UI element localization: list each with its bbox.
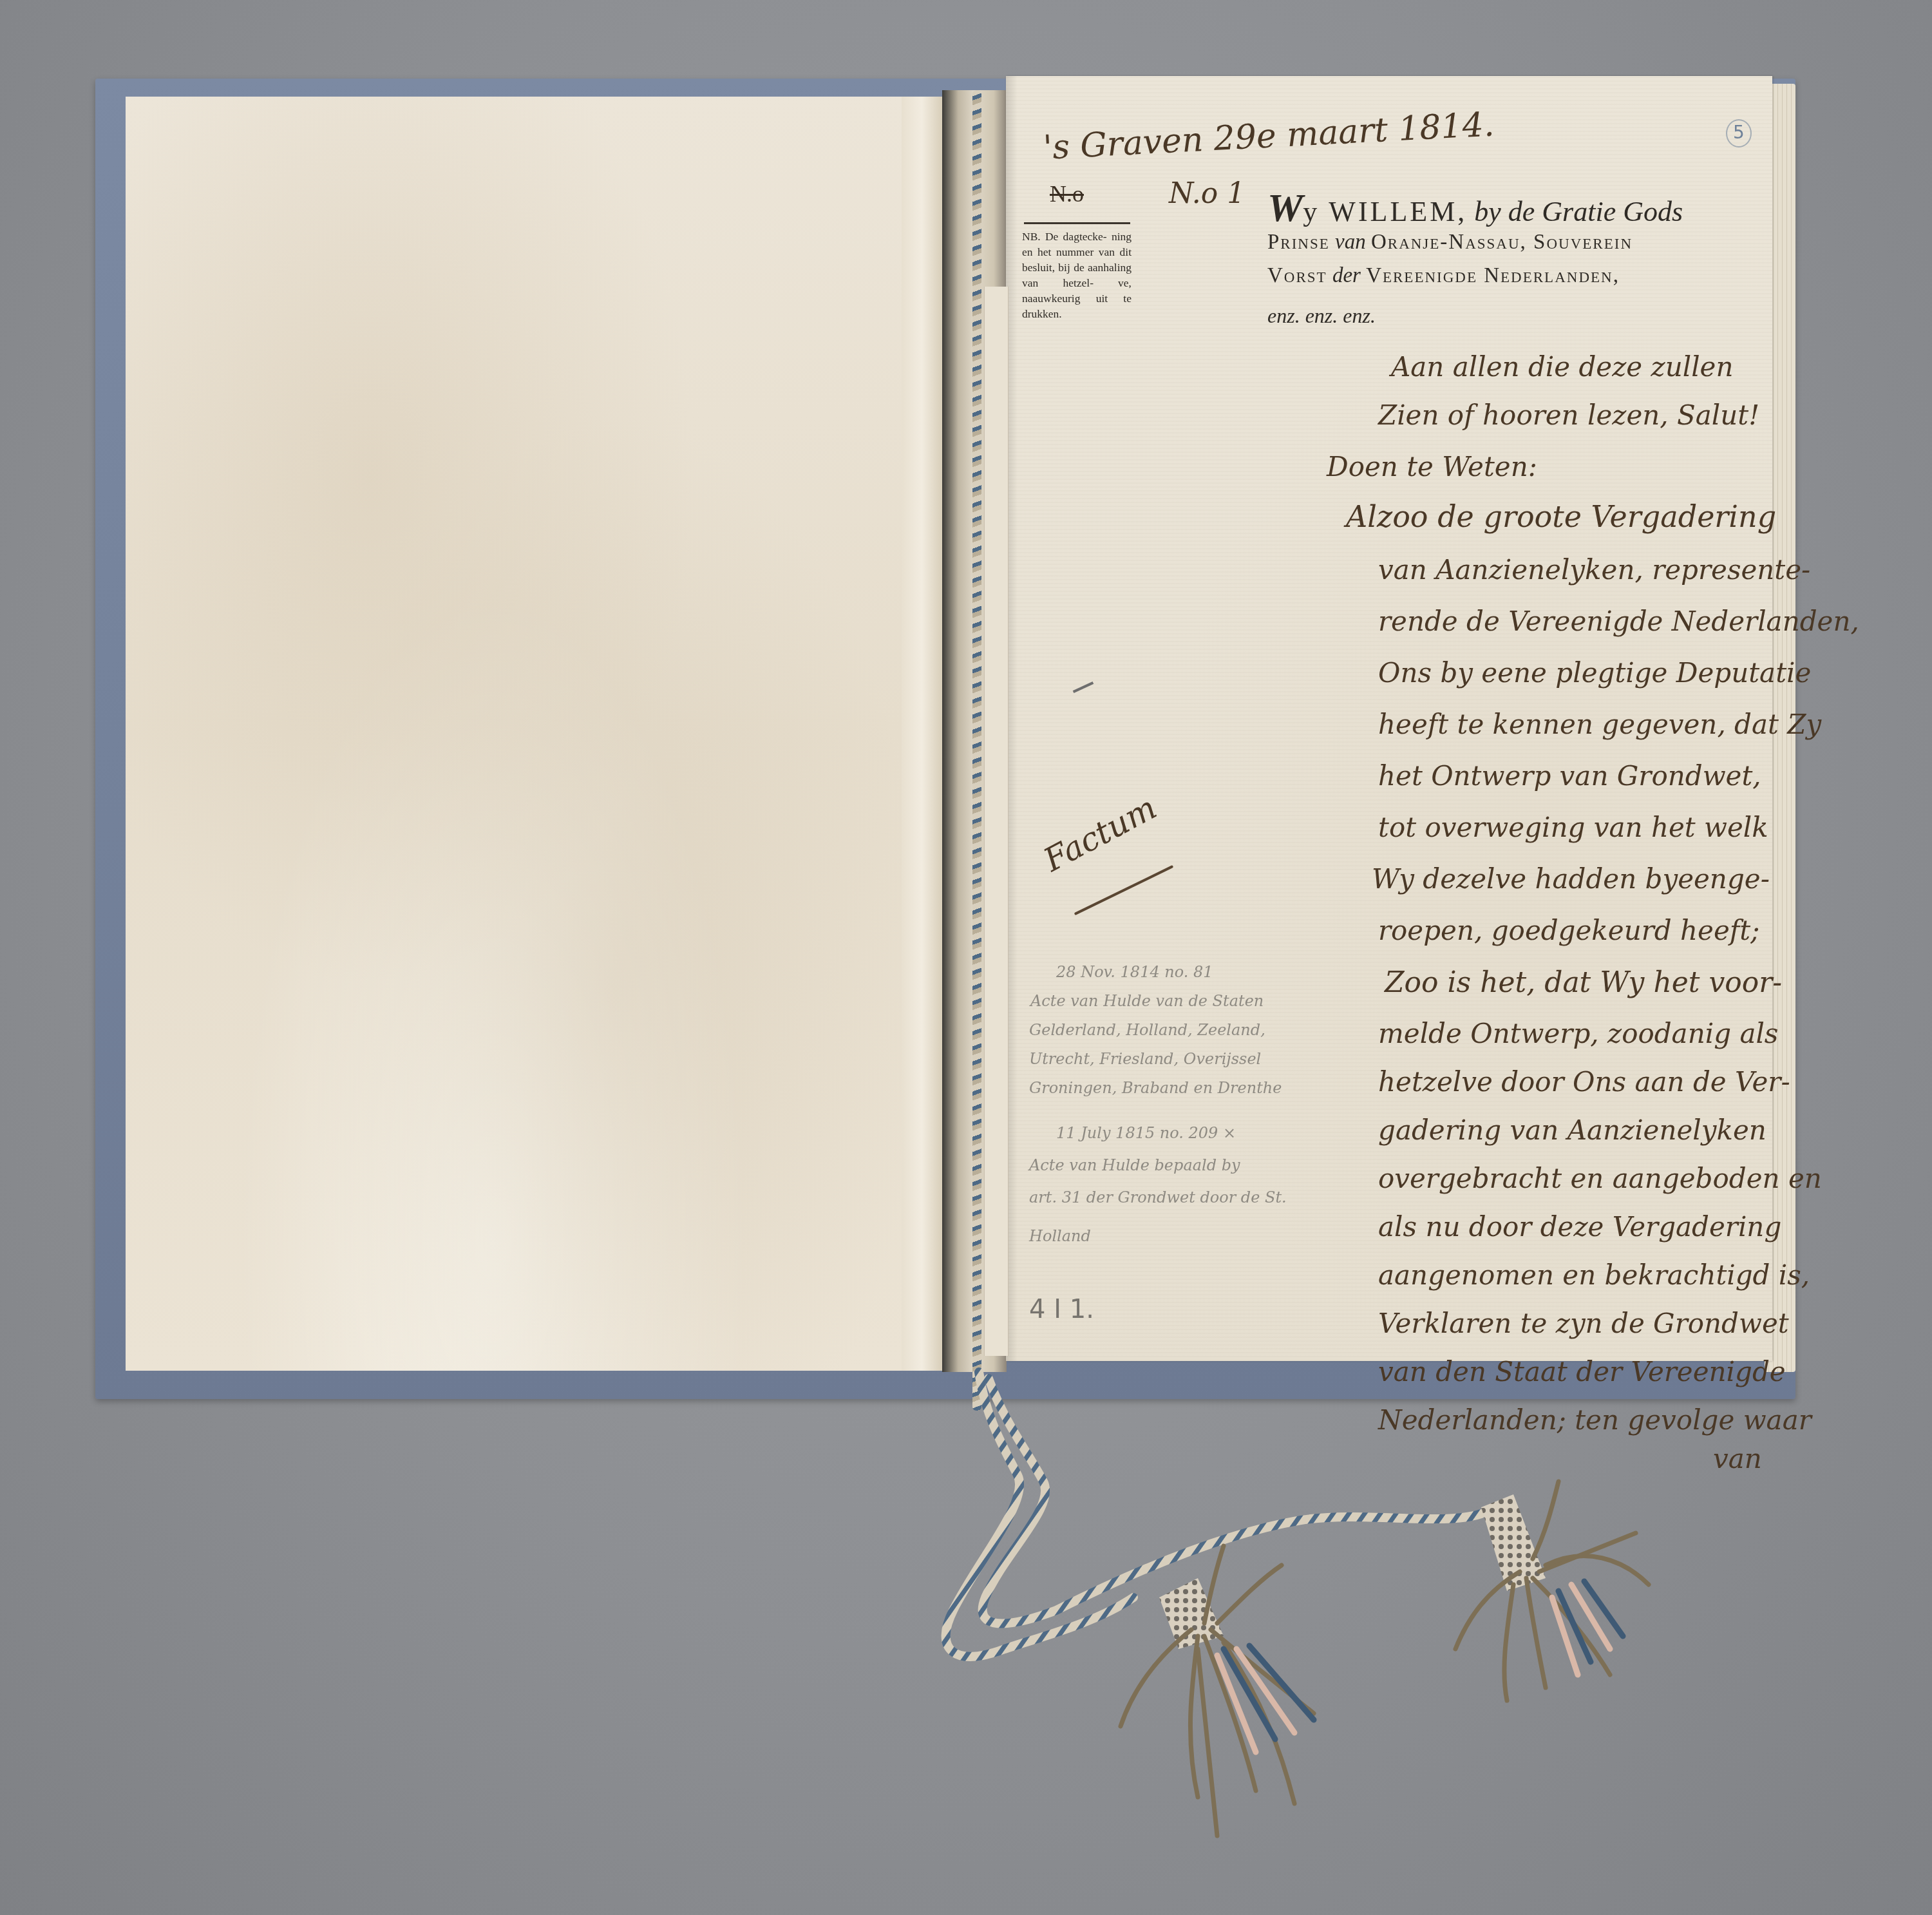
body-line: rende de Vereenigde Nederlanden, [1378,605,1859,637]
pencil-note: 28 Nov. 1814 no. 81 [1056,963,1213,981]
body-line: aangenomen en bekrachtigd is, [1378,1259,1810,1291]
handwritten-number: N.o 1 [1169,177,1245,210]
right-tassel-icon [1455,1482,1649,1701]
pencil-note: Acte van Hulde van de Staten [1030,992,1264,1010]
body-line: heeft te kennen gegeven, dat Zy [1378,709,1821,740]
header-oranje-nassau: Oranje-Nassau, Souverein [1371,231,1633,254]
body-line: tot overweging van het welk [1378,812,1768,843]
silk-fold [902,97,942,1371]
body-line: Zien of hooren lezen, Salut! [1378,399,1759,431]
body-line: Wy dezelve hadden byeenge- [1372,863,1770,895]
page-number: 5 [1726,119,1752,148]
body-line: Nederlanden; ten gevolge waar [1378,1404,1812,1436]
header-name: y WILLEM, [1303,196,1467,227]
body-line: Verklaren te zyn de Grondwet [1378,1308,1789,1339]
header-line-4: enz. enz. enz. [1267,304,1376,328]
body-line: gadering van Aanzienelyken [1378,1114,1766,1146]
body-line: overgebracht en aangeboden en [1378,1163,1822,1194]
body-line: van den Staat der Vereenigde [1378,1356,1786,1387]
body-line: als nu door deze Vergadering [1378,1211,1781,1243]
binding-tab-strip [984,287,1009,1356]
body-line: roepen, goedgekeurd heeft; [1378,915,1759,946]
body-line: Ons by eene plegtige Deputatie [1378,657,1811,689]
nb-divider [1024,222,1130,224]
header-initial: W [1267,186,1303,230]
header-der: der [1332,264,1361,287]
pencil-note: 11 July 1815 no. 209 × [1056,1124,1236,1142]
body-line: van [1713,1443,1762,1474]
header-nederlanden: Vereenigde Nederlanden, [1366,264,1620,287]
left-tassel-icon [1121,1546,1314,1836]
header-grace: by de Gratie Gods [1474,196,1683,227]
header-line-2: Prinse van Oranje-Nassau, Souverein [1267,231,1633,254]
header-line-1: Wy WILLEM, by de Gratie Gods [1267,186,1683,231]
pencil-note: Holland [1029,1227,1091,1245]
body-line: Zoo is het, dat Wy het voor- [1385,966,1782,999]
body-line: Aan allen die deze zullen [1391,351,1733,383]
body-line: Doen te Weten: [1327,451,1537,482]
printed-number-label-struck: N.o [1050,180,1084,207]
body-line: hetzelve door Ons aan de Ver- [1378,1066,1790,1098]
body-line: melde Ontwerp, zoodanig als [1378,1018,1778,1049]
header-vorst: Vorst [1267,264,1327,287]
header-prinse: Prinse [1267,231,1330,254]
pencil-note: Utrecht, Friesland, Overijssel [1029,1050,1261,1068]
pencil-note: Gelderland, Holland, Zeeland, [1029,1021,1265,1039]
pencil-note: art. 31 der Grondwet door de St. [1029,1188,1287,1206]
body-line: Alzoo de groote Vergadering [1346,499,1776,534]
left-silk-lining [126,97,942,1371]
shelf-mark: 4 I 1. [1029,1295,1094,1324]
nb-note: NB. De dagtecke- ning en het nummer van … [1022,229,1132,321]
pencil-note: Groningen, Braband en Drenthe [1029,1079,1282,1097]
body-line: van Aanzienelyken, represente- [1378,554,1810,586]
header-van: van [1335,231,1366,254]
body-line: het Ontwerp van Grondwet, [1378,760,1761,792]
header-line-3: Vorst der Vereenigde Nederlanden, [1267,264,1620,288]
pencil-note: Acte van Hulde bepaald by [1029,1156,1240,1174]
binding-cord [972,90,981,1411]
